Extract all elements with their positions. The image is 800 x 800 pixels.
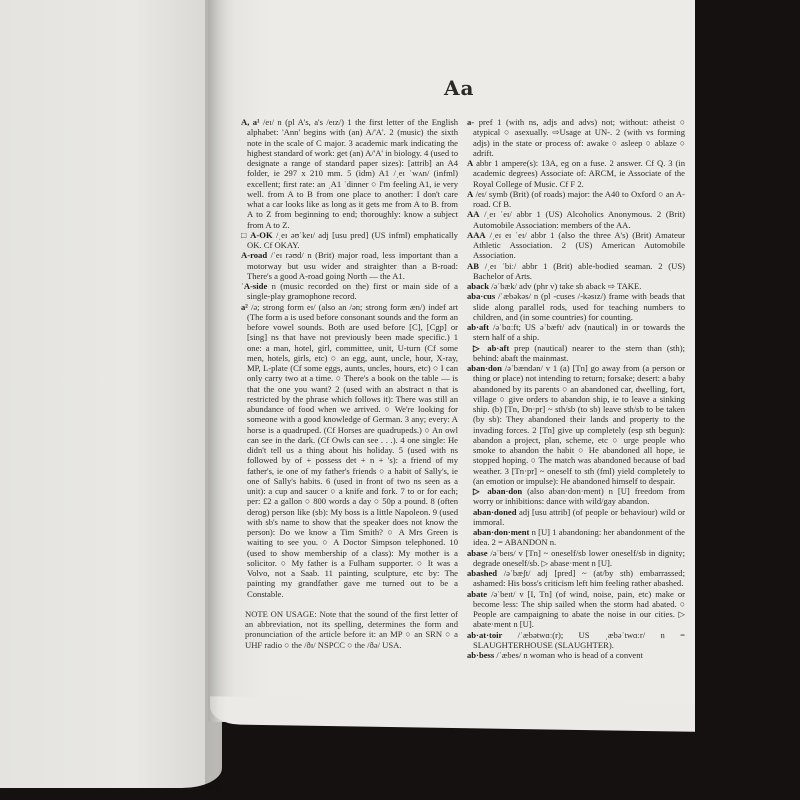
headword: A [467,158,473,168]
dictionary-subentry: ▷ aban·don (also aban·don·ment) n [U] fr… [467,486,685,507]
dictionary-entry: A-road /ˈeɪ rəʊd/ n (Brit) major road, l… [241,250,458,281]
definition: /ˈæbes/ n woman who is head of a convent [496,650,643,660]
headword: A-road [241,250,267,260]
dictionary-entry: AA /ˌeɪ ˈeɪ/ abbr 1 (US) Alcoholics Anon… [467,209,685,230]
headword: ▷ ab·aft [473,343,509,353]
definition: /əˈbɑːft; US əˈbæft/ adv (nautical) in o… [473,322,685,342]
headword: ab·aft [467,322,489,332]
dictionary-entry: ab·aft /əˈbɑːft; US əˈbæft/ adv (nautica… [467,322,685,343]
definition: /əˈbæʃt/ adj [pred] ~ (at/by sth) embarr… [473,568,685,588]
definition: abbr 1 ampere(s): 13A, eg on a fuse. 2 a… [473,158,685,189]
usage-note: NOTE ON USAGE: Note that the sound of th… [241,609,458,650]
definition: /əˈbændən/ v 1 (a) [Tn] go away from (a … [473,363,685,486]
definition: /əˈbeɪt/ v [I, Tn] (of wind, noise, pain… [473,589,685,630]
dictionary-entry: A abbr 1 ampere(s): 13A, eg on a fuse. 2… [467,158,685,189]
dictionary-entry: aba·cus /ˈæbəkəs/ n (pl -cuses /-kəsɪz/)… [467,291,685,322]
dictionary-entry: aban·don /əˈbændən/ v 1 (a) [Tn] go away… [467,363,685,486]
headword: a² [241,302,248,312]
headword: A, a¹ [241,117,260,127]
dictionary-entry: AB /ˌeɪ ˈbiː/ abbr 1 (Brit) able-bodied … [467,261,685,282]
headword: □ A-OK [241,230,273,240]
headword: ˈA-side [241,281,267,291]
headword: aban·don·ment [473,527,529,537]
headword: A [467,189,473,199]
definition: /eɪ/ symb (Brit) (of roads) major: the A… [473,189,685,209]
definition: /ˌeɪ eɪ ˈeɪ/ abbr 1 (also the three A's)… [473,230,685,261]
headword: AB [467,261,479,271]
headword: a- [467,117,474,127]
definition: /ˈæbətwɑː(r); US ˌæbəˈtwɑːr/ n = SLAUGHT… [473,630,685,650]
left-page [0,0,222,788]
book-spine-shadow [205,0,227,790]
headword: aba·cus [467,291,495,301]
dictionary-entry: ab·bess /ˈæbes/ n woman who is head of a… [467,650,685,660]
definition: pref 1 (with ns, adjs and advs) not; wit… [473,117,685,158]
definition: /ˌeɪ ˈeɪ/ abbr 1 (US) Alcoholics Anonymo… [473,209,685,229]
dictionary-entry: aback /əˈbæk/ adv (phr v) take sb aback … [467,281,685,291]
headword: AA [467,209,479,219]
headword: aback [467,281,489,291]
definition: /ˌeɪ ˈbiː/ abbr 1 (Brit) able-bodied sea… [473,261,685,281]
headword: ab·at·toir [467,630,502,640]
dictionary-entry: AAA /ˌeɪ eɪ ˈeɪ/ abbr 1 (also the three … [467,230,685,261]
definition: /əˈbæk/ adv (phr v) take sb aback ⇨ TAKE… [491,281,641,291]
right-column: a- pref 1 (with ns, adjs and advs) not; … [467,117,685,660]
definition: /eɪ/ n (pl A's, a's /eɪz/) 1 the first l… [247,117,458,230]
headword: AAA [467,230,486,240]
dictionary-entry: a² /ə; strong form eɪ/ (also an /ən; str… [241,302,458,599]
headword: abashed [467,568,497,578]
dictionary-entry: A /eɪ/ symb (Brit) (of roads) major: the… [467,189,685,210]
dictionary-entry: abase /əˈbeɪs/ v [Tn] ~ oneself/sb lower… [467,548,685,569]
dictionary-entry: ˈA-side n (music recorded on the) first … [241,281,458,302]
dictionary-subentry: aban·don·ment n [U] 1 abandoning: her ab… [467,527,685,548]
headword: abase [467,548,488,558]
headword: ab·bess [467,650,494,660]
definition: /ˌeɪ əʊˈkeɪ/ adj [usu pred] (US infml) e… [247,230,458,250]
dictionary-entry: abate /əˈbeɪt/ v [I, Tn] (of wind, noise… [467,589,685,630]
dictionary-subentry: ▷ ab·aft prep (nautical) nearer to the s… [467,343,685,364]
definition: /ˈeɪ rəʊd/ n (Brit) major road, less imp… [247,250,458,281]
headword: abate [467,589,487,599]
dictionary-entry: a- pref 1 (with ns, adjs and advs) not; … [467,117,685,158]
dictionary-entry: A, a¹ /eɪ/ n (pl A's, a's /eɪz/) 1 the f… [241,117,458,230]
dictionary-entry: ab·at·toir /ˈæbətwɑː(r); US ˌæbəˈtwɑːr/ … [467,630,685,651]
left-column: A, a¹ /eɪ/ n (pl A's, a's /eɪz/) 1 the f… [241,117,458,658]
definition: /əˈbeɪs/ v [Tn] ~ oneself/sb lower onese… [473,548,685,568]
headword: ▷ aban·don [473,486,522,496]
dictionary-entry: □ A-OK /ˌeɪ əʊˈkeɪ/ adj [usu pred] (US i… [241,230,458,251]
letter-section-heading: Aa [444,76,504,100]
headword: aban·don [467,363,502,373]
dictionary-subentry: aban·doned adj [usu attrib] (of people o… [467,507,685,528]
definition: n (music recorded on the) first or main … [247,281,458,301]
headword: aban·doned [473,507,516,517]
definition: /ə; strong form eɪ/ (also an /ən; strong… [247,302,458,599]
dictionary-entry: abashed /əˈbæʃt/ adj [pred] ~ (at/by sth… [467,568,685,589]
definition: /ˈæbəkəs/ n (pl -cuses /-kəsɪz/) frame w… [473,291,685,322]
